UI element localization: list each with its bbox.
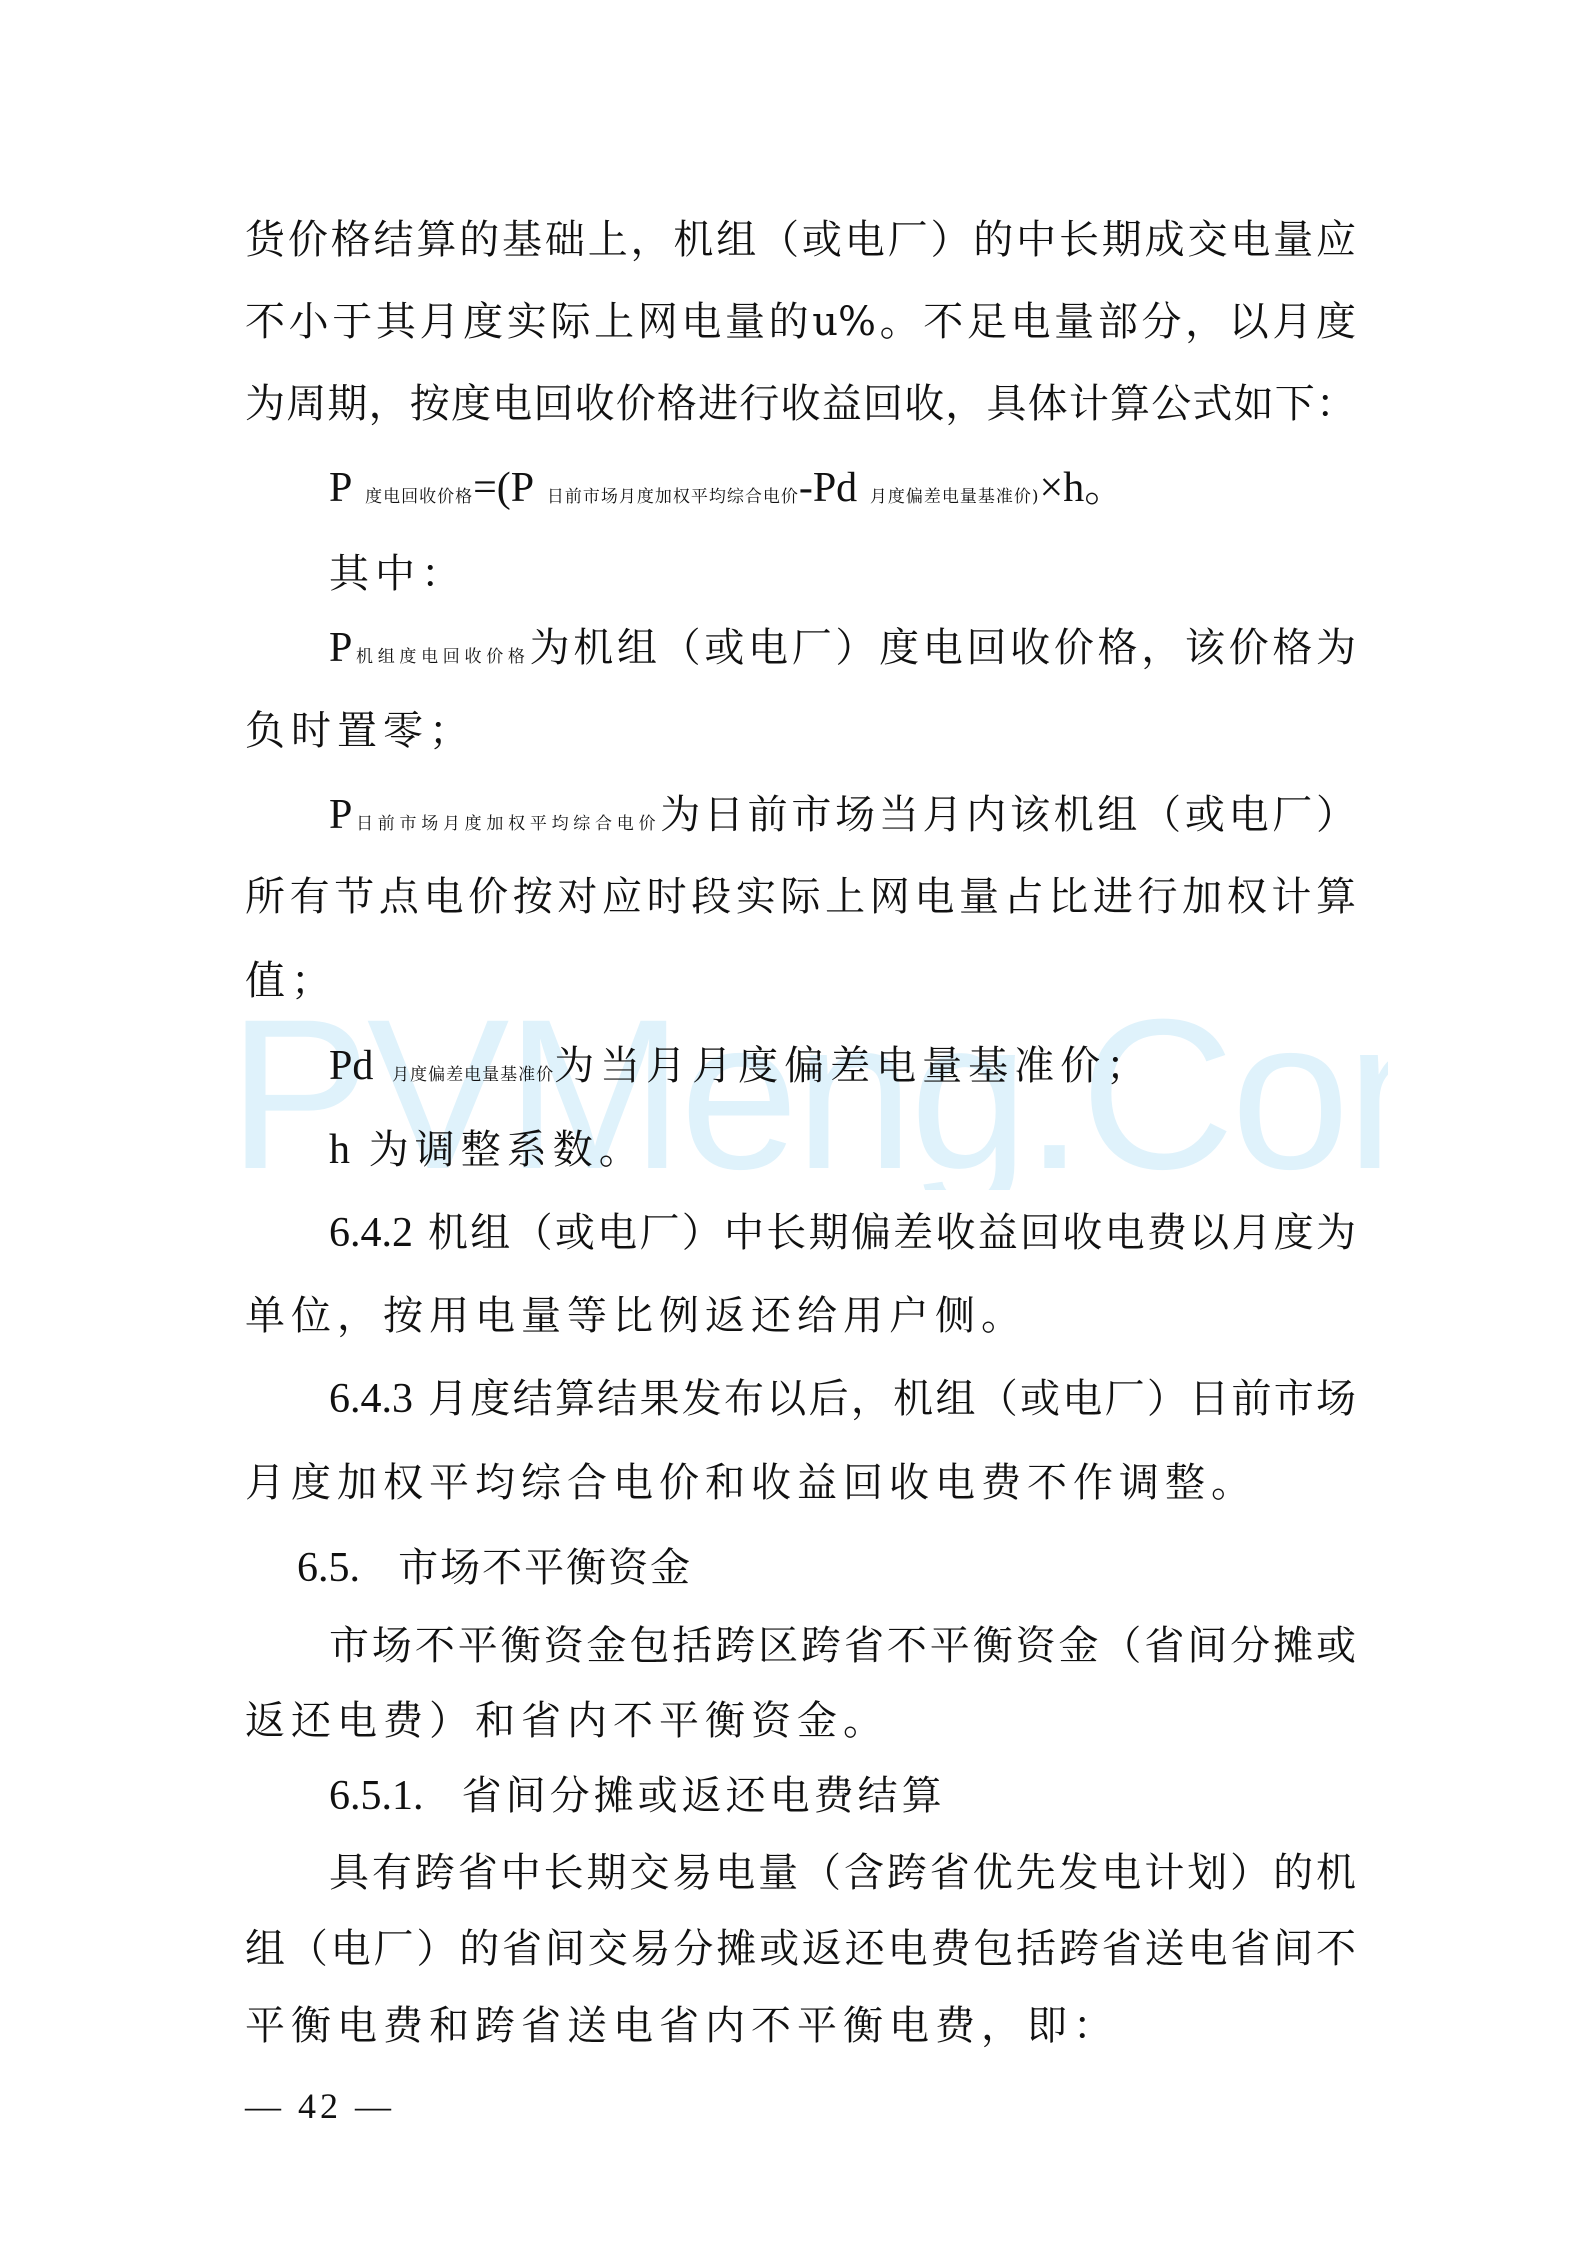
symbol: h: [329, 1127, 350, 1173]
formula-operator: -Pd: [799, 465, 857, 511]
symbol: Pd: [329, 1043, 373, 1089]
symbol: P: [329, 625, 352, 671]
paragraph-line: 单位，按用电量等比例返还给用户侧。: [245, 1286, 1027, 1346]
formula-operator: =(P: [473, 465, 534, 511]
subscript: 月度偏差电量基准价: [392, 1065, 554, 1085]
subscript: 日前市场月度加权平均综合电价: [352, 814, 660, 834]
paragraph-line: 负时置零；: [245, 701, 475, 761]
text: 不小于其月度实际上网电量的u%。不足电量部分，以月度: [245, 299, 1356, 345]
paragraph-line: 市场不平衡资金包括跨区跨省不平衡资金（省间分摊或: [329, 1616, 1356, 1676]
formula-subscript: 月度偏差电量基准价): [870, 487, 1040, 507]
paragraph-line: 返还电费）和省内不平衡资金。: [245, 1691, 889, 1751]
definition-line: P机组度电回收价格为机组（或电厂）度电回收价格，该价格为: [329, 618, 1356, 678]
paragraph-line: 为周期，按度电回收价格进行收益回收，具体计算公式如下：: [245, 374, 1356, 434]
heading-title: 市场不平衡资金: [398, 1545, 692, 1591]
text: 为日前市场当月内该机组（或电厂）: [660, 792, 1356, 838]
formula-tail: ×h。: [1040, 465, 1127, 511]
symbol: P: [329, 792, 352, 838]
section-6-4-2: 6.4.2 机组（或电厂）中长期偏差收益回收电费以月度为: [329, 1203, 1356, 1263]
page-number: — 42 —: [245, 2076, 395, 2136]
where-label: 其中：: [329, 544, 467, 604]
definition-line: P日前市场月度加权平均综合电价为日前市场当月内该机组（或电厂）: [329, 785, 1356, 845]
heading-6-5-1: 6.5.1. 省间分摊或返还电费结算: [329, 1766, 946, 1826]
formula: P 度电回收价格=(P 日前市场月度加权平均综合电价-Pd 月度偏差电量基准价)…: [329, 458, 1126, 518]
text: 为当月月度偏差电量基准价；: [554, 1043, 1152, 1089]
heading-6-5: 6.5. 市场不平衡资金: [297, 1538, 692, 1598]
section-6-4-3: 6.4.3 月度结算结果发布以后，机组（或电厂）日前市场: [329, 1369, 1356, 1429]
section-number: 6.4.3: [329, 1376, 413, 1422]
paragraph-line: 具有跨省中长期交易电量（含跨省优先发电计划）的机: [329, 1843, 1356, 1903]
definition-line: h 为调整系数。: [329, 1120, 645, 1180]
formula-subscript: 度电回收价格: [365, 487, 473, 507]
paragraph-line: 所有节点电价按对应时段实际上网电量占比进行加权计算: [245, 867, 1356, 927]
subscript: 机组度电回收价格: [352, 647, 529, 667]
paragraph-line: 不小于其月度实际上网电量的u%。不足电量部分，以月度: [245, 292, 1356, 352]
section-number: 6.4.2: [329, 1210, 413, 1256]
text: 机组（或电厂）中长期偏差收益回收电费以月度为: [428, 1210, 1356, 1256]
text: 月度结算结果发布以后，机组（或电厂）日前市场: [428, 1376, 1356, 1422]
formula-subscript: 日前市场月度加权平均综合电价: [547, 487, 799, 507]
paragraph-line: 平衡电费和跨省送电省内不平衡电费，即：: [245, 1996, 1119, 2056]
heading-title: 省间分摊或返还电费结算: [462, 1773, 946, 1819]
paragraph-line: 货价格结算的基础上，机组（或电厂）的中长期成交电量应: [245, 210, 1356, 270]
heading-number: 6.5.: [297, 1545, 360, 1591]
text: 为机组（或电厂）度电回收价格，该价格为: [530, 625, 1356, 671]
formula-symbol: P: [329, 465, 352, 511]
heading-number: 6.5.1.: [329, 1773, 424, 1819]
text: 为调整系数。: [369, 1127, 645, 1173]
paragraph-line: 组（电厂）的省间交易分摊或返还电费包括跨省送电省间不: [245, 1919, 1356, 1979]
paragraph-line: 月度加权平均综合电价和收益回收电费不作调整。: [245, 1453, 1257, 1513]
definition-line: Pd 月度偏差电量基准价为当月月度偏差电量基准价；: [329, 1036, 1152, 1096]
paragraph-line: 值；: [245, 951, 337, 1011]
